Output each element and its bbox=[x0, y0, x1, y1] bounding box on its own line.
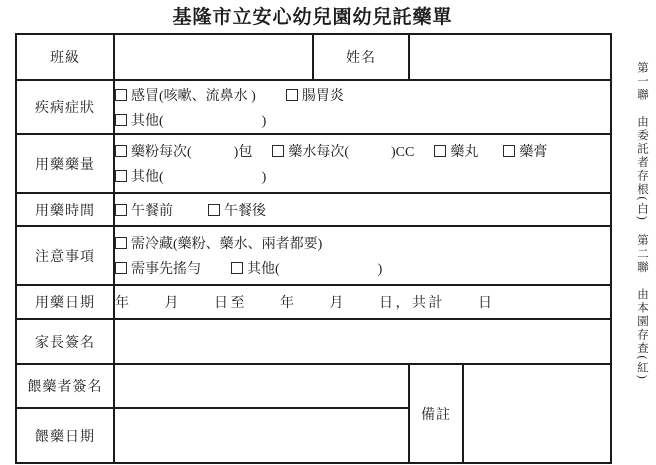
option-label: 需事先搖勻 bbox=[131, 258, 201, 278]
checkbox-icon bbox=[434, 145, 446, 157]
option-label: 藥膏 bbox=[519, 141, 547, 161]
checkbox-icon bbox=[115, 145, 127, 157]
checkbox-option-precautions-other[interactable]: 其他( ) bbox=[231, 258, 382, 278]
remarks-label: 備註 bbox=[409, 364, 463, 463]
symptoms-line-1: 感冒(咳嗽、流鼻水 ) 腸胃炎 bbox=[115, 82, 610, 107]
copy-two-note: 第二聯 由本園存查(紅) bbox=[636, 234, 648, 381]
precautions-label: 注意事項 bbox=[16, 226, 114, 285]
name-value-field[interactable] bbox=[409, 34, 611, 80]
time-options-cell: 午餐前 午餐後 bbox=[114, 193, 611, 226]
dosage-line-1: 藥粉每次( )包 藥水每次( )CC 藥丸 藥膏 bbox=[115, 139, 610, 164]
option-label: 藥丸 bbox=[450, 141, 478, 161]
medication-form-table: 班級 姓名 疾病症狀 感冒(咳嗽、流鼻水 ) 腸胃炎 其他( ) 用藥藥量 bbox=[15, 33, 612, 464]
remarks-field[interactable] bbox=[463, 364, 611, 463]
table-row-precautions: 注意事項 需冷藏(藥粉、藥水、兩者都要) 需事先搖勻 其他( ) bbox=[16, 226, 611, 285]
checkbox-option-pill[interactable]: 藥丸 bbox=[434, 141, 478, 161]
precautions-line-1: 需冷藏(藥粉、藥水、兩者都要) bbox=[115, 231, 610, 256]
feeding-date-label: 餵藥日期 bbox=[16, 408, 114, 463]
checkbox-option-gastroenteritis[interactable]: 腸胃炎 bbox=[286, 85, 344, 105]
table-row-symptoms: 疾病症狀 感冒(咳嗽、流鼻水 ) 腸胃炎 其他( ) bbox=[16, 80, 611, 134]
checkbox-icon bbox=[115, 237, 127, 249]
time-label: 用藥時間 bbox=[16, 193, 114, 226]
checkbox-icon bbox=[115, 114, 127, 126]
time-line-1: 午餐前 午餐後 bbox=[115, 197, 610, 222]
medication-authorization-form: 基隆市立安心幼兒園幼兒託藥單 班級 姓名 疾病症狀 感冒(咳嗽、流鼻水 ) 腸胃… bbox=[0, 0, 656, 465]
table-row-feeder-signature: 餵藥者簽名 備註 bbox=[16, 364, 611, 408]
parent-signature-label: 家長簽名 bbox=[16, 319, 114, 364]
checkbox-icon bbox=[286, 89, 298, 101]
checkbox-option-before-lunch[interactable]: 午餐前 bbox=[115, 200, 173, 220]
checkbox-icon bbox=[115, 204, 127, 216]
checkbox-option-after-lunch[interactable]: 午餐後 bbox=[208, 200, 266, 220]
checkbox-icon bbox=[115, 89, 127, 101]
checkbox-option-liquid[interactable]: 藥水每次( )CC bbox=[272, 141, 414, 161]
option-label: 需冷藏(藥粉、藥水、兩者都要) bbox=[131, 233, 322, 253]
checkbox-icon bbox=[208, 204, 220, 216]
checkbox-option-powder[interactable]: 藥粉每次( )包 bbox=[115, 141, 252, 161]
option-label: 藥粉每次( )包 bbox=[131, 141, 252, 161]
option-label: 感冒(咳嗽、流鼻水 ) bbox=[131, 85, 256, 105]
checkbox-icon bbox=[503, 145, 515, 157]
checkbox-option-shake-first[interactable]: 需事先搖勻 bbox=[115, 258, 201, 278]
option-label: 其他( ) bbox=[131, 166, 266, 186]
feeder-signature-field[interactable] bbox=[114, 364, 409, 408]
form-title: 基隆市立安心幼兒園幼兒託藥單 bbox=[15, 2, 610, 29]
checkbox-icon bbox=[115, 170, 127, 182]
copy-distribution-note: 第一聯 由委託者存根(白)第二聯 由本園存查(紅) bbox=[622, 42, 656, 342]
checkbox-icon bbox=[272, 145, 284, 157]
checkbox-option-ointment[interactable]: 藥膏 bbox=[503, 141, 547, 161]
option-label: 午餐後 bbox=[224, 200, 266, 220]
class-value-field[interactable] bbox=[114, 34, 313, 80]
option-label: 腸胃炎 bbox=[302, 85, 344, 105]
feeder-signature-label: 餵藥者簽名 bbox=[16, 364, 114, 408]
table-row-dosage: 用藥藥量 藥粉每次( )包 藥水每次( )CC 藥丸 藥膏 其他( ) bbox=[16, 134, 611, 193]
medication-dates-field[interactable]: 年 月 日至 年 月 日，共計 日 bbox=[114, 285, 611, 319]
dosage-label: 用藥藥量 bbox=[16, 134, 114, 193]
option-label: 藥水每次( )CC bbox=[288, 141, 414, 161]
table-row-class-name: 班級 姓名 bbox=[16, 34, 611, 80]
option-label: 午餐前 bbox=[131, 200, 173, 220]
option-label: 其他( ) bbox=[131, 110, 266, 130]
checkbox-option-cold[interactable]: 感冒(咳嗽、流鼻水 ) bbox=[115, 85, 256, 105]
copy-one-note: 第一聯 由委託者存根(白) bbox=[636, 62, 648, 222]
symptoms-options-cell: 感冒(咳嗽、流鼻水 ) 腸胃炎 其他( ) bbox=[114, 80, 611, 134]
checkbox-icon bbox=[231, 262, 243, 274]
parent-signature-field[interactable] bbox=[114, 319, 611, 364]
table-row-parent-signature: 家長簽名 bbox=[16, 319, 611, 364]
dosage-options-cell: 藥粉每次( )包 藥水每次( )CC 藥丸 藥膏 其他( ) bbox=[114, 134, 611, 193]
dosage-line-2: 其他( ) bbox=[115, 164, 610, 189]
table-row-time: 用藥時間 午餐前 午餐後 bbox=[16, 193, 611, 226]
option-label: 其他( ) bbox=[247, 258, 382, 278]
symptoms-label: 疾病症狀 bbox=[16, 80, 114, 134]
symptoms-line-2: 其他( ) bbox=[115, 107, 610, 132]
precautions-options-cell: 需冷藏(藥粉、藥水、兩者都要) 需事先搖勻 其他( ) bbox=[114, 226, 611, 285]
table-row-medication-dates: 用藥日期 年 月 日至 年 月 日，共計 日 bbox=[16, 285, 611, 319]
checkbox-option-dosage-other[interactable]: 其他( ) bbox=[115, 166, 266, 186]
checkbox-icon bbox=[115, 262, 127, 274]
class-label: 班級 bbox=[16, 34, 114, 80]
checkbox-option-symptoms-other[interactable]: 其他( ) bbox=[115, 110, 266, 130]
name-label: 姓名 bbox=[313, 34, 409, 80]
checkbox-option-refrigerate[interactable]: 需冷藏(藥粉、藥水、兩者都要) bbox=[115, 233, 322, 253]
feeding-date-field[interactable] bbox=[114, 408, 409, 463]
medication-dates-label: 用藥日期 bbox=[16, 285, 114, 319]
precautions-line-2: 需事先搖勻 其他( ) bbox=[115, 256, 610, 281]
